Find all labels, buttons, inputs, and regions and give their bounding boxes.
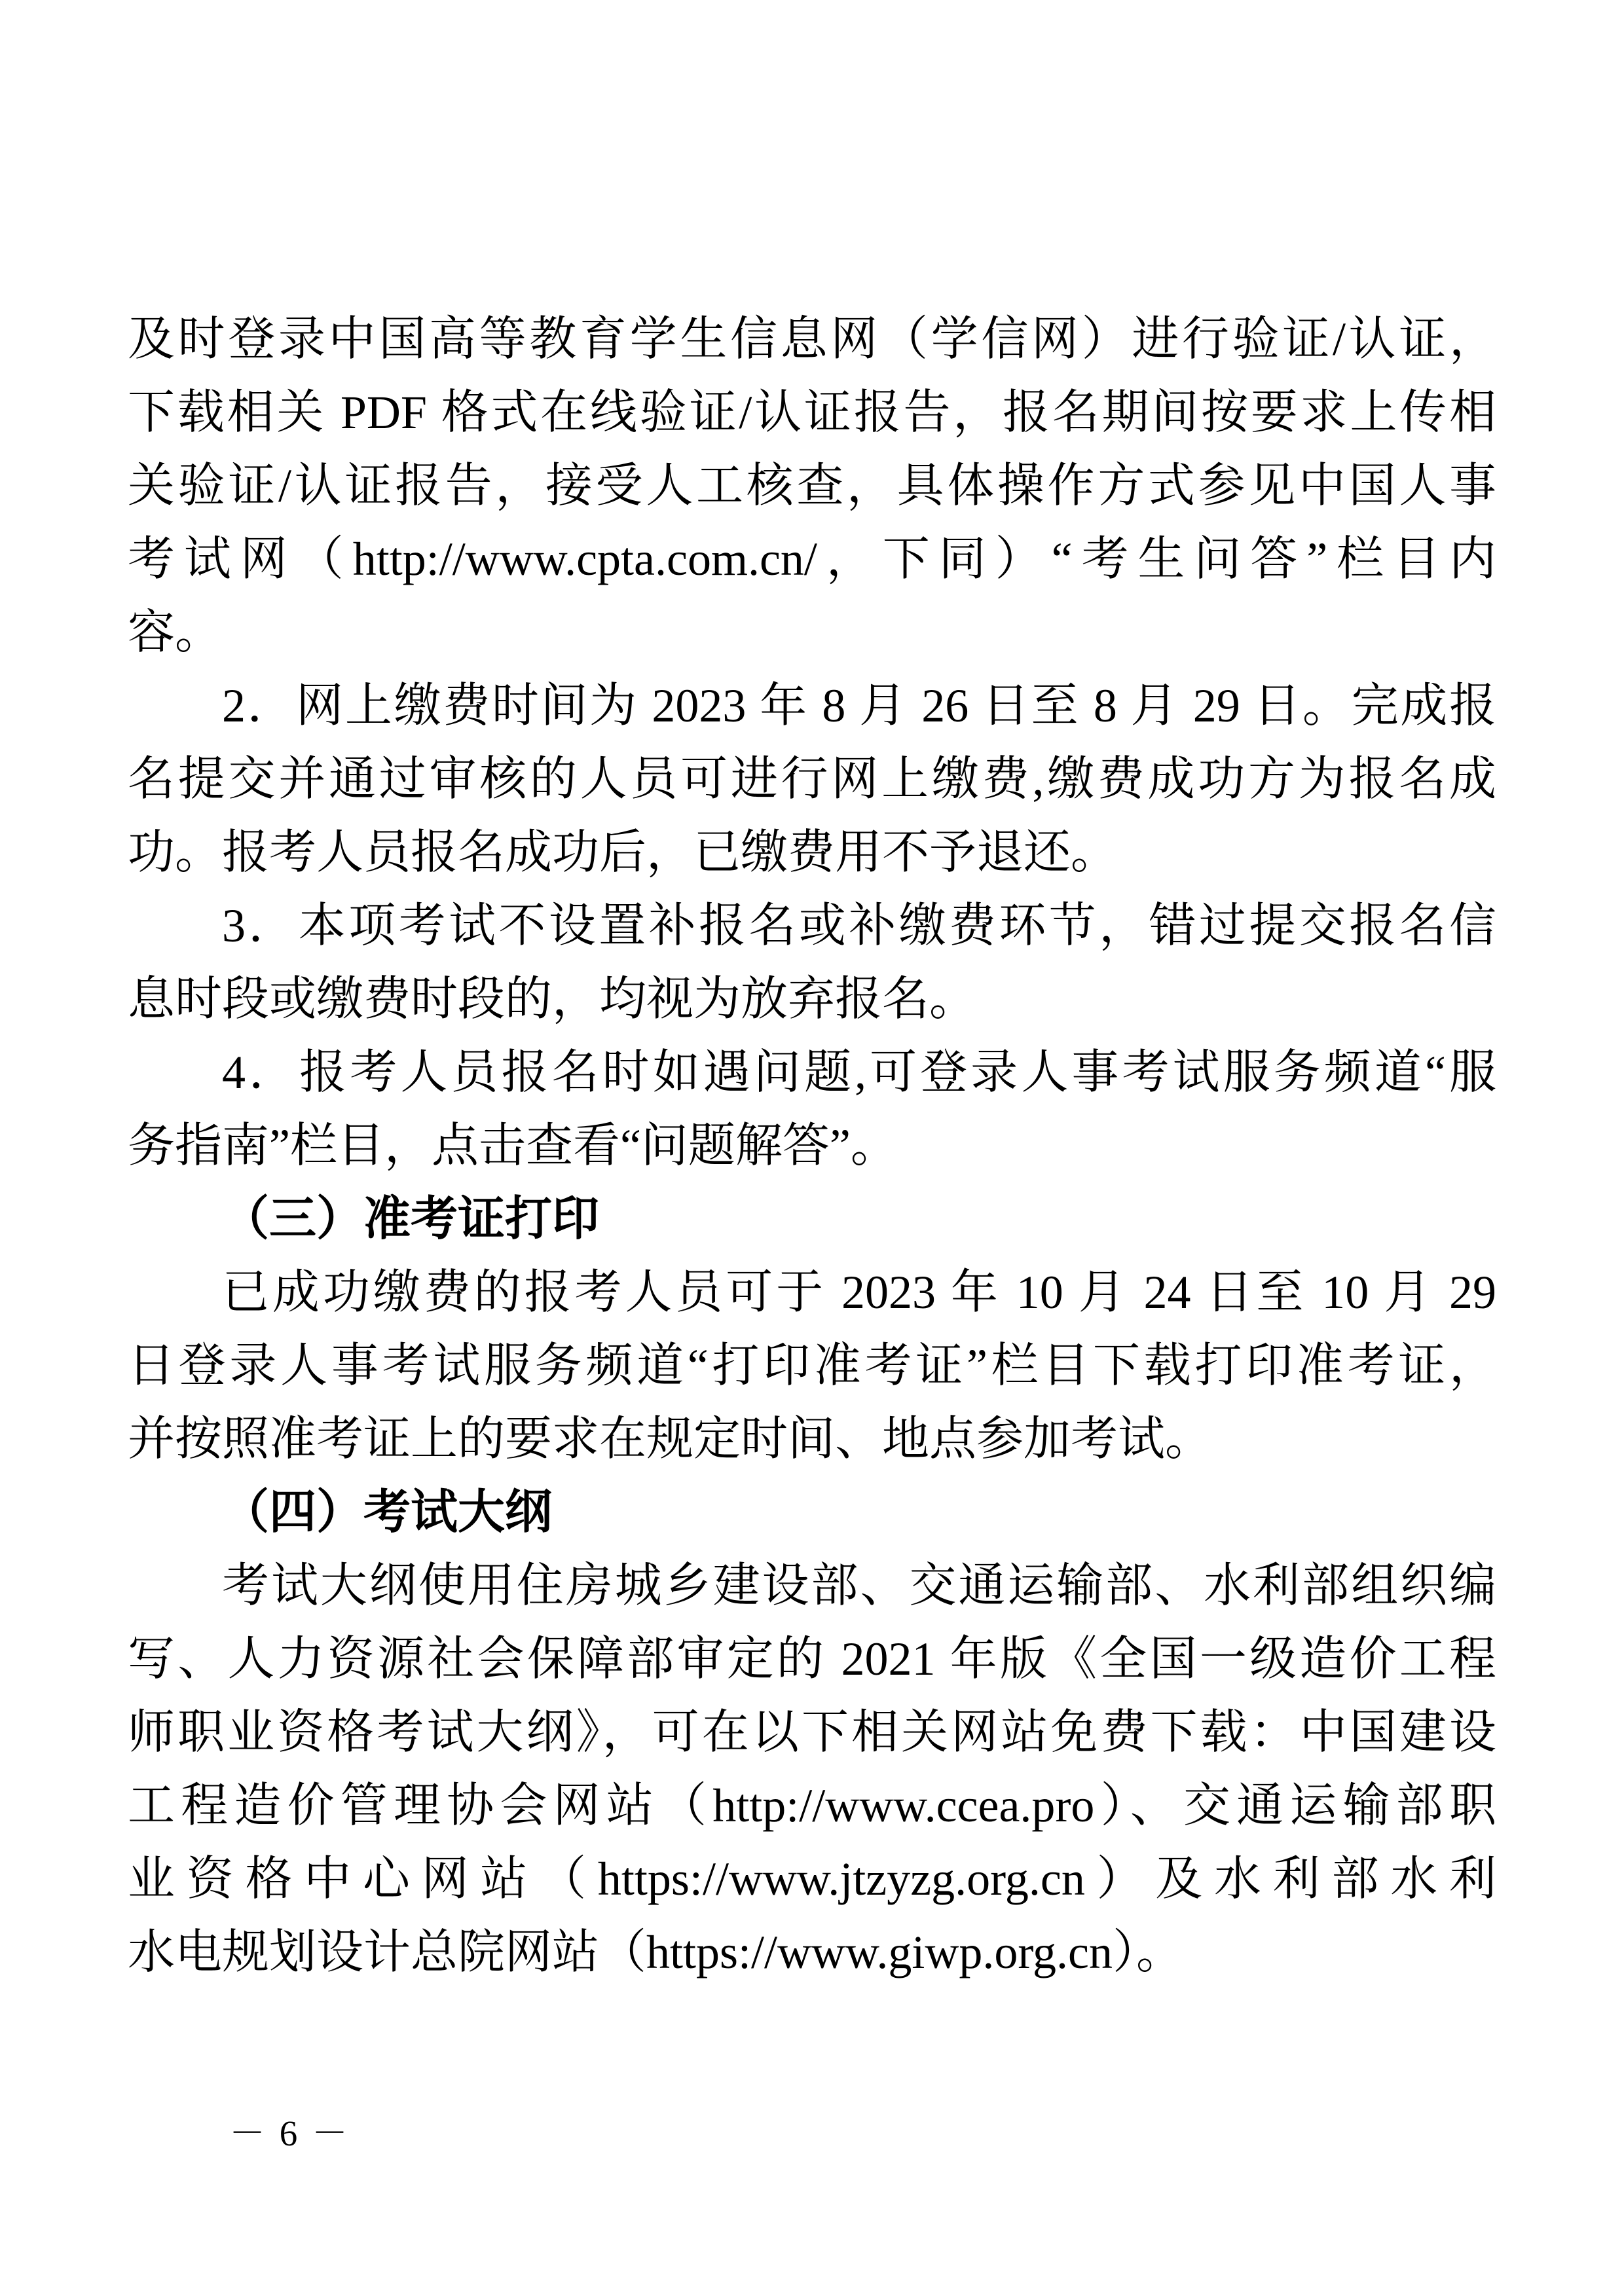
text-line: 业资格中心网站（https://www.jtzyzg.org.cn）及水利部水利 (128, 1842, 1496, 1916)
text-line: 息时段或缴费时段的，均视为放弃报名。 (128, 962, 1496, 1036)
text-line: 4．报考人员报名时如遇问题,可登录人事考试服务频道“服 (128, 1036, 1496, 1109)
text-line: 工程造价管理协会网站（http://www.ccea.pro）、交通运输部职 (128, 1769, 1496, 1842)
text-line: （四）考试大纲 (128, 1476, 1496, 1549)
text-line: 师职业资格考试大纲》，可在以下相关网站免费下载：中国建设 (128, 1696, 1496, 1769)
document-page: 及时登录中国高等教育学生信息网（学信网）进行验证/认证，下载相关 PDF 格式在… (0, 0, 1624, 2296)
body-text: 及时登录中国高等教育学生信息网（学信网）进行验证/认证，下载相关 PDF 格式在… (128, 302, 1496, 1989)
text-line: 日登录人事考试服务频道“打印准考证”栏目下载打印准考证， (128, 1329, 1496, 1402)
text-line: 名提交并通过审核的人员可进行网上缴费,缴费成功方为报名成 (128, 742, 1496, 816)
text-line: （三）准考证打印 (128, 1182, 1496, 1256)
page-number: － 6 － (229, 2113, 350, 2154)
text-line: 水电规划设计总院网站（https://www.giwp.org.cn）。 (128, 1916, 1496, 1989)
text-line: 容。 (128, 596, 1496, 669)
text-line: 3．本项考试不设置补报名或补缴费环节，错过提交报名信 (128, 889, 1496, 962)
text-line: 关验证/认证报告，接受人工核查，具体操作方式参见中国人事 (128, 449, 1496, 522)
text-line: 考试大纲使用住房城乡建设部、交通运输部、水利部组织编 (128, 1549, 1496, 1622)
text-line: 已成功缴费的报考人员可于 2023 年 10 月 24 日至 10 月 29 (128, 1256, 1496, 1329)
text-line: 下载相关 PDF 格式在线验证/认证报告，报名期间按要求上传相 (128, 376, 1496, 449)
text-line: 及时登录中国高等教育学生信息网（学信网）进行验证/认证， (128, 302, 1496, 376)
text-line: 写、人力资源社会保障部审定的 2021 年版《全国一级造价工程 (128, 1622, 1496, 1696)
text-line: 并按照准考证上的要求在规定时间、地点参加考试。 (128, 1402, 1496, 1476)
text-line: 考试网（http://www.cpta.com.cn/，下同）“考生问答”栏目内 (128, 522, 1496, 596)
text-line: 2．网上缴费时间为 2023 年 8 月 26 日至 8 月 29 日。完成报 (128, 669, 1496, 742)
text-line: 功。报考人员报名成功后，已缴费用不予退还。 (128, 816, 1496, 889)
text-line: 务指南”栏目，点击查看“问题解答”。 (128, 1109, 1496, 1182)
